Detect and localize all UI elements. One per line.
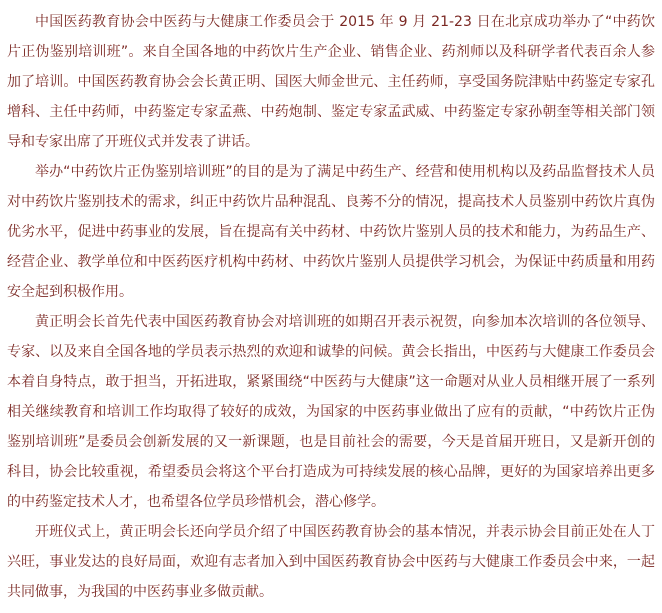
article-paragraph-3: 黄正明会长首先代表中国医药教育协会对培训班的如期召开表示祝贺，向参加本次培训的各… — [7, 307, 655, 517]
article-paragraph-4: 开班仪式上，黄正明会长还向学员介绍了中国医药教育协会的基本情况，并表示协会目前正… — [7, 517, 655, 607]
article-paragraph-1: 中国医药教育协会中医药与大健康工作委员会于 2015 年 9 月 21-23 日… — [7, 7, 655, 157]
document-page: 中国医药教育协会中医药与大健康工作委员会于 2015 年 9 月 21-23 日… — [0, 0, 662, 613]
article-paragraph-2: 举办“中药饮片正伪鉴别培训班”的目的是为了满足中药生产、经营和使用机构以及药品监… — [7, 157, 655, 307]
